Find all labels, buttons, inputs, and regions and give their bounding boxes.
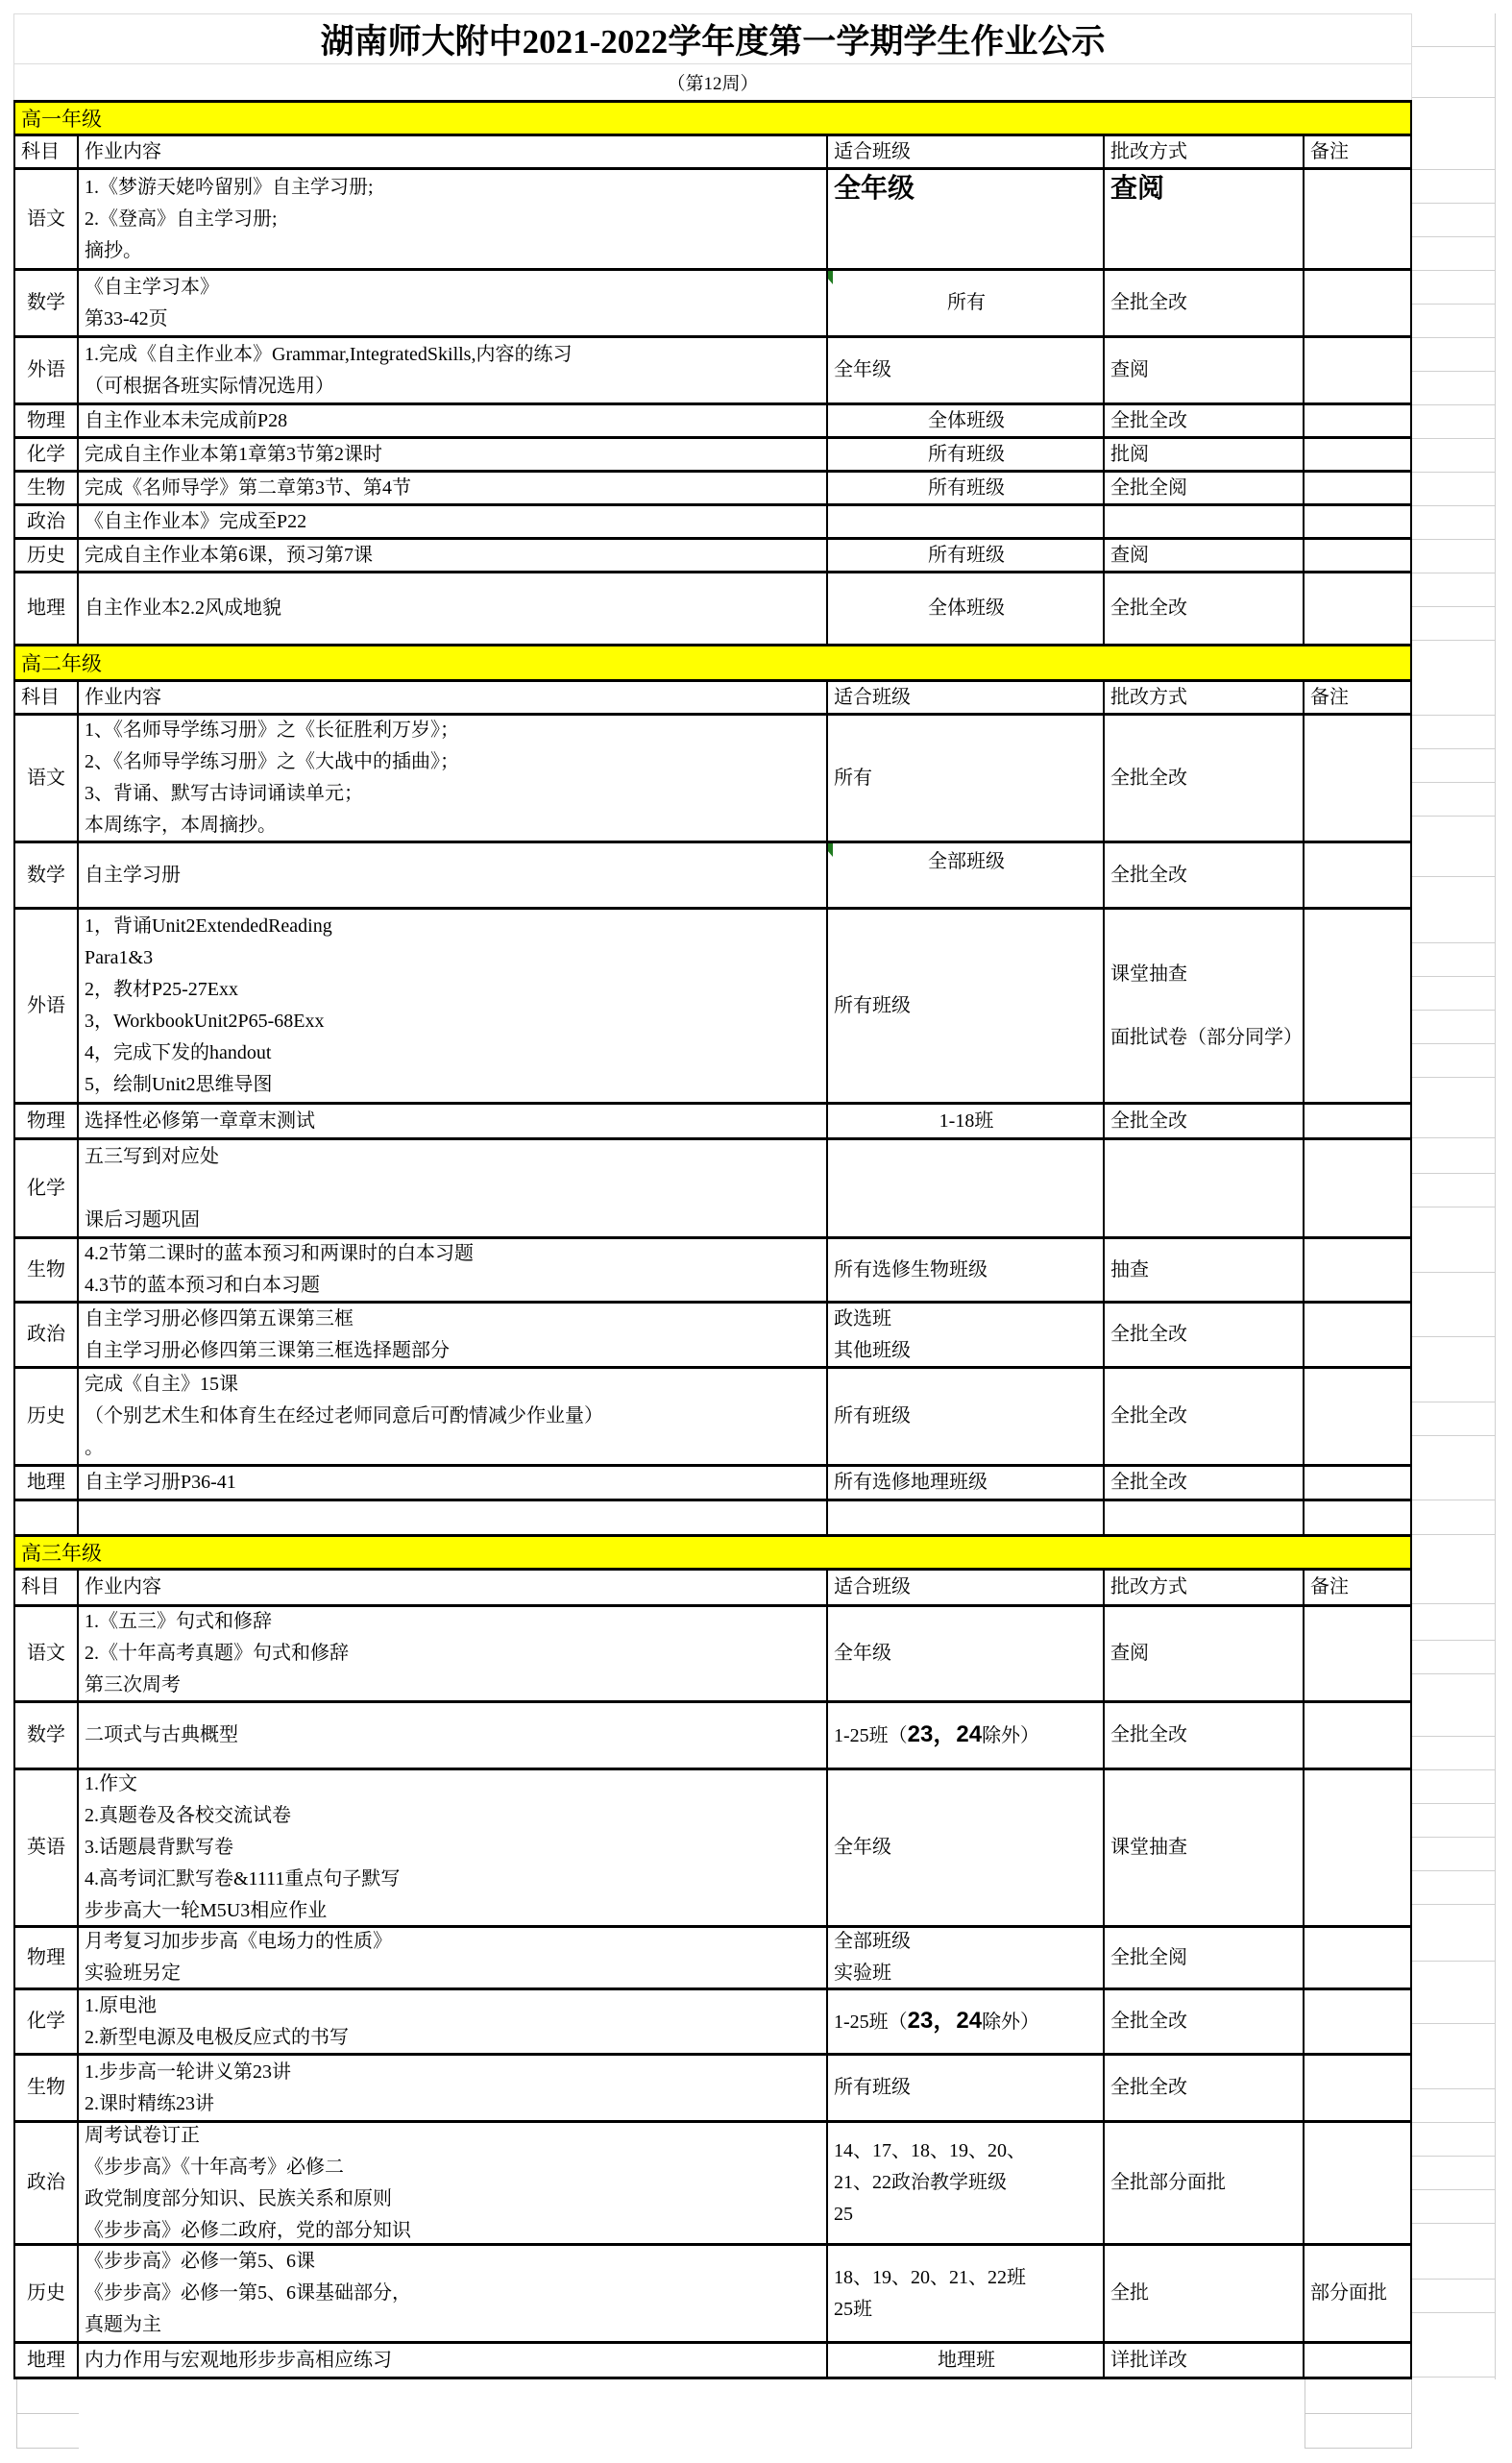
cell-text-line: 第三次周考 <box>85 1670 822 1701</box>
gutter-cell[interactable] <box>1412 1571 1496 1607</box>
table-row: 物理自主作业本未完成前P28全体班级全批全改 <box>13 405 1496 439</box>
method-cell[interactable]: 全批全改 <box>1105 716 1305 843</box>
note-cell[interactable] <box>1305 1990 1412 2056</box>
gutter-cell[interactable] <box>1412 540 1496 573</box>
cell-text: 14、17、18、19、20、21、22政治教学班级25 <box>834 2135 1099 2231</box>
cell-text-line: 其他班级 <box>834 1335 1099 1367</box>
table-row: 地理自主作业本2.2风成地貌全体班级全批全改 <box>13 573 1496 646</box>
content-cell[interactable]: 自主学习册P36-41 <box>79 1467 828 1501</box>
content-cell[interactable]: 完成自主作业本第6课，预习第7课 <box>79 540 828 573</box>
header-row: 科目作业内容适合班级批改方式备注 <box>13 682 1496 716</box>
method-cell[interactable]: 全批全改 <box>1105 405 1305 439</box>
note-cell[interactable] <box>1305 716 1412 843</box>
classes-cell[interactable]: 14、17、18、19、20、21、22政治教学班级25 <box>828 2123 1105 2246</box>
gutter-cell[interactable] <box>1412 1607 1496 1703</box>
cell-text-line: 所有班级 <box>834 1401 1099 1432</box>
cell-text-line: 2.《登高》自主学习册; <box>85 204 822 235</box>
content-cell[interactable]: 1，背诵Unit2ExtendedReadingPara1&32，教材P25-2… <box>79 910 828 1105</box>
gutter-cell[interactable] <box>1412 439 1496 473</box>
gutter-cell[interactable] <box>1412 271 1496 338</box>
cell-text-line: 自主学习册P36-41 <box>85 1467 822 1499</box>
gutter-cell[interactable] <box>1412 843 1496 910</box>
cell-text-line: 批阅 <box>1110 439 1299 471</box>
table-row: 历史完成自主作业本第6课，预习第7课所有班级查阅 <box>13 540 1496 573</box>
subject-cell[interactable]: 外语 <box>13 910 79 1105</box>
content-cell[interactable]: 1.作文2.真题卷及各校交流试卷3.话题晨背默写卷4.高考词汇默写卷&1111重… <box>79 1770 828 1928</box>
classes-cell[interactable]: 全部班级 <box>828 843 1105 910</box>
gutter-cell[interactable] <box>1412 13 1496 64</box>
cell-text: 所有选修地理班级 <box>834 1467 1099 1499</box>
content-cell[interactable]: 自主学习册 <box>79 843 828 910</box>
column-header-subject[interactable]: 科目 <box>13 1571 79 1607</box>
note-cell[interactable] <box>1305 1501 1412 1537</box>
method-cell[interactable]: 查阅 <box>1105 338 1305 405</box>
method-cell[interactable]: 全批部分面批 <box>1105 2123 1305 2246</box>
cell-text-line: 25班 <box>834 2294 1099 2326</box>
classes-cell[interactable]: 所有 <box>828 271 1105 338</box>
gutter-cell[interactable] <box>1412 1304 1496 1369</box>
content-cell[interactable]: 选择性必修第一章章末测试 <box>79 1105 828 1140</box>
cell-text-line: 所有班级 <box>834 540 1099 572</box>
cell-text: 政选班其他班级 <box>834 1304 1099 1367</box>
cell-text-line: 地理班 <box>834 2345 1099 2377</box>
cell-text-line: 1-25班（ <box>834 2012 908 2033</box>
column-header-content[interactable]: 作业内容 <box>79 682 828 716</box>
cell-text: 《自主作业本》完成至P22 <box>85 506 822 538</box>
gutter-cell[interactable] <box>1412 2123 1496 2246</box>
cell-text-line: 全批全阅 <box>1110 473 1299 504</box>
note-cell[interactable] <box>1305 473 1412 506</box>
table-row: 化学完成自主作业本第1章第3节第2课时所有班级批阅 <box>13 439 1496 473</box>
cell-text-line: 1-18班 <box>834 1106 1099 1137</box>
column-header-subject[interactable]: 科目 <box>13 136 79 170</box>
cell-text-line: 政党制度部分知识、民族关系和原则 <box>85 2183 822 2215</box>
cell-text-line: 1.步步高一轮讲义第23讲 <box>85 2057 822 2088</box>
cell-text-line <box>85 1173 822 1205</box>
gutter-cell[interactable] <box>1412 910 1496 1105</box>
classes-cell[interactable]: 全年级 <box>828 1770 1105 1928</box>
cell-text: 所有班级 <box>834 439 1099 471</box>
cell-text-line: 1.原电池 <box>85 1990 822 2022</box>
column-header-note[interactable]: 备注 <box>1305 1571 1412 1607</box>
note-cell[interactable] <box>1305 573 1412 646</box>
subject-cell[interactable]: 生物 <box>13 473 79 506</box>
section-banner[interactable]: 高三年级 <box>13 1537 1412 1571</box>
classes-cell[interactable]: 1-25班（23，24除外） <box>828 1990 1105 2056</box>
note-cell[interactable] <box>1305 2123 1412 2246</box>
column-header-classes[interactable]: 适合班级 <box>828 682 1105 716</box>
content-cell[interactable]: 1.原电池2.新型电源及电极反应式的书写 <box>79 1990 828 2056</box>
gutter-cell[interactable] <box>1412 1770 1496 1928</box>
cell-text-line: 1、《名师导学练习册》之《长征胜利万岁》； <box>85 716 822 746</box>
page-subtitle[interactable]: （第12周） <box>13 64 1412 100</box>
cell-text-line: 3、背诵、默写古诗词诵读单元； <box>85 778 822 810</box>
note-cell[interactable] <box>1305 170 1412 271</box>
subject-cell[interactable]: 政治 <box>13 1304 79 1369</box>
cell-text-line: 本周练字，本周摘抄。 <box>85 810 822 841</box>
classes-cell[interactable]: 政选班其他班级 <box>828 1304 1105 1369</box>
gutter-cell[interactable] <box>1412 1467 1496 1501</box>
cell-text-line: 所有班级 <box>834 473 1099 504</box>
method-cell[interactable]: 课堂抽查 面批试卷（部分同学） <box>1105 910 1305 1105</box>
table-row: 英语1.作文2.真题卷及各校交流试卷3.话题晨背默写卷4.高考词汇默写卷&111… <box>13 1770 1496 1928</box>
content-cell[interactable]: 内力作用与宏观地形步步高相应练习 <box>79 2344 828 2379</box>
cell-text: 课堂抽查 面批试卷（部分同学） <box>1110 959 1299 1054</box>
cell-text: 选择性必修第一章章末测试 <box>85 1106 822 1137</box>
gutter-cell[interactable] <box>1412 1105 1496 1140</box>
content-cell[interactable]: 五三写到对应处 课后习题巩固 <box>79 1140 828 1239</box>
cell-text: 所有 <box>834 287 1099 319</box>
note-cell[interactable] <box>1305 506 1412 540</box>
content-cell[interactable]: 《自主学习本》第33-42页 <box>79 271 828 338</box>
method-cell[interactable] <box>1105 1140 1305 1239</box>
gutter-cell[interactable] <box>1412 136 1496 170</box>
cell-text-line: 自主作业本2.2风成地貌 <box>85 593 822 624</box>
classes-cell[interactable]: 所有班级 <box>828 910 1105 1105</box>
method-cell[interactable]: 全批全改 <box>1105 843 1305 910</box>
cell-text: 全批全改 <box>1110 593 1299 624</box>
cell-text: 完成自主作业本第1章第3节第2课时 <box>85 439 822 471</box>
cell-text-line: 《步步高》必修一第5、6课基础部分， <box>85 2278 822 2309</box>
content-cell[interactable]: 自主作业本未完成前P28 <box>79 405 828 439</box>
method-cell[interactable]: 全批全改 <box>1105 1304 1305 1369</box>
cell-text: 1、《名师导学练习册》之《长征胜利万岁》；2、《名师导学练习册》之《大战中的插曲… <box>85 716 822 841</box>
content-cell[interactable]: 完成《名师导学》第二章第3节、第4节 <box>79 473 828 506</box>
note-cell[interactable] <box>1305 843 1412 910</box>
subject-cell[interactable]: 生物 <box>13 2056 79 2123</box>
bottom-grid-line <box>16 2413 79 2414</box>
method-cell[interactable]: 全批全改 <box>1105 1467 1305 1501</box>
method-cell[interactable]: 全批 <box>1105 2246 1305 2344</box>
cell-text: 全批全改 <box>1110 1467 1299 1499</box>
note-cell[interactable] <box>1305 540 1412 573</box>
note-cell[interactable] <box>1305 1928 1412 1990</box>
subject-cell[interactable]: 政治 <box>13 2123 79 2246</box>
subject-cell[interactable]: 化学 <box>13 1140 79 1239</box>
cell-text-line: 查阅 <box>1110 173 1299 206</box>
table-row: 数学《自主学习本》第33-42页所有全批全改 <box>13 271 1496 338</box>
section-banner[interactable]: 高二年级 <box>13 646 1412 682</box>
cell-text-line: 所有 <box>834 763 1099 794</box>
method-cell[interactable]: 全批全改 <box>1105 573 1305 646</box>
classes-cell[interactable]: 全年级 <box>828 1607 1105 1703</box>
gutter-cell[interactable] <box>1412 2246 1496 2344</box>
method-cell[interactable]: 查阅 <box>1105 1607 1305 1703</box>
subject-cell[interactable]: 政治 <box>13 506 79 540</box>
classes-cell[interactable]: 所有 <box>828 716 1105 843</box>
classes-cell[interactable] <box>828 506 1105 540</box>
subject-cell[interactable]: 语文 <box>13 1607 79 1703</box>
content-cell[interactable]: 《步步高》必修一第5、6课《步步高》必修一第5、6课基础部分，真题为主 <box>79 2246 828 2344</box>
column-header-classes[interactable]: 适合班级 <box>828 1571 1105 1607</box>
method-cell[interactable]: 全批全改 <box>1105 1703 1305 1770</box>
header-row: 科目作业内容适合班级批改方式备注 <box>13 1571 1496 1607</box>
cell-text-line: 摘抄。 <box>85 235 822 267</box>
column-header-content[interactable]: 作业内容 <box>79 136 828 170</box>
content-cell[interactable]: 完成自主作业本第1章第3节第2课时 <box>79 439 828 473</box>
subject-cell[interactable]: 生物 <box>13 1239 79 1304</box>
section-banner-row: 高三年级 <box>13 1537 1496 1571</box>
bottom-grid-line <box>1411 2379 1412 2449</box>
gutter-cell[interactable] <box>1412 338 1496 405</box>
cell-text-line: 《步步高》必修二政府，党的部分知识 <box>85 2215 822 2247</box>
cell-text: 所有班级 <box>834 1401 1099 1432</box>
subject-cell[interactable]: 语文 <box>13 170 79 271</box>
cell-text-line: 5，绘制Unit2思维导图 <box>85 1069 822 1101</box>
table-row: 生物1.步步高一轮讲义第23讲2.课时精练23讲所有班级全批全改 <box>13 2056 1496 2123</box>
gutter-cell[interactable] <box>1412 506 1496 540</box>
method-cell[interactable]: 全批全改 <box>1105 1990 1305 2056</box>
method-cell[interactable]: 抽查 <box>1105 1239 1305 1304</box>
cell-text-line: 。 <box>85 1432 822 1464</box>
note-cell[interactable] <box>1305 1105 1412 1140</box>
content-cell[interactable]: 二项式与古典概型 <box>79 1703 828 1770</box>
cell-text-line: 周考试卷订正 <box>85 2123 822 2152</box>
gutter-cell[interactable] <box>1412 1140 1496 1239</box>
content-cell[interactable]: 1.《五三》句式和修辞2.《十年高考真题》句式和修辞第三次周考 <box>79 1607 828 1703</box>
method-cell[interactable]: 课堂抽查 <box>1105 1770 1305 1928</box>
note-cell[interactable] <box>1305 2344 1412 2379</box>
note-cell[interactable] <box>1305 1140 1412 1239</box>
subject-cell[interactable]: 化学 <box>13 1990 79 2056</box>
cell-text-bold: 23，24 <box>908 1721 982 1747</box>
method-cell[interactable]: 全批全阅 <box>1105 473 1305 506</box>
subject-cell[interactable]: 历史 <box>13 1369 79 1467</box>
method-cell[interactable]: 全批全改 <box>1105 271 1305 338</box>
classes-cell[interactable] <box>828 1501 1105 1537</box>
column-header-content[interactable]: 作业内容 <box>79 1571 828 1607</box>
gutter-cell[interactable] <box>1412 573 1496 646</box>
gutter-cell[interactable] <box>1412 2344 1496 2379</box>
content-cell[interactable]: 月考复习加步步高《电场力的性质》实验班另定 <box>79 1928 828 1990</box>
classes-cell[interactable] <box>828 1140 1105 1239</box>
classes-cell[interactable]: 所有班级 <box>828 473 1105 506</box>
gutter-cell[interactable] <box>1412 1501 1496 1537</box>
method-cell[interactable]: 全批全改 <box>1105 1105 1305 1140</box>
cell-text-line: 全批全改 <box>1110 1719 1299 1751</box>
cell-text: 1.《五三》句式和修辞2.《十年高考真题》句式和修辞第三次周考 <box>85 1607 822 1701</box>
note-cell[interactable] <box>1305 1703 1412 1770</box>
page-title[interactable]: 湖南师大附中2021-2022学年度第一学期学生作业公示 <box>13 13 1412 64</box>
subject-cell[interactable]: 物理 <box>13 1928 79 1990</box>
cell-text: 自主作业本未完成前P28 <box>85 405 822 437</box>
cell-text: 全批全改 <box>1110 1106 1299 1137</box>
subject-cell[interactable]: 语文 <box>13 716 79 843</box>
table-row: 物理月考复习加步步高《电场力的性质》实验班另定全部班级实验班全批全阅 <box>13 1928 1496 1990</box>
note-cell[interactable] <box>1305 1304 1412 1369</box>
classes-cell[interactable]: 全年级 <box>828 170 1105 271</box>
content-cell[interactable]: 4.2节第二课时的蓝本预习和两课时的白本习题4.3节的蓝本预习和白本习题 <box>79 1239 828 1304</box>
cell-text: 全部班级实验班 <box>834 1928 1099 1989</box>
subject-cell[interactable]: 数学 <box>13 843 79 910</box>
cell-text: 自主学习册必修四第五课第三框自主学习册必修四第三课第三框选择题部分 <box>85 1304 822 1367</box>
method-cell[interactable]: 全批全阅 <box>1105 1928 1305 1990</box>
cell-text: 全年级 <box>834 1638 1099 1670</box>
note-cell[interactable] <box>1305 2056 1412 2123</box>
section-banner[interactable]: 高一年级 <box>13 100 1412 136</box>
note-cell[interactable] <box>1305 910 1412 1105</box>
content-cell[interactable]: 1.步步高一轮讲义第23讲2.课时精练23讲 <box>79 2056 828 2123</box>
classes-cell[interactable]: 所有选修生物班级 <box>828 1239 1105 1304</box>
method-cell[interactable] <box>1105 1501 1305 1537</box>
cell-text: 全批全改 <box>1110 287 1299 319</box>
cell-text-line: 查阅 <box>1110 540 1299 572</box>
content-cell[interactable]: 自主作业本2.2风成地貌 <box>79 573 828 646</box>
cell-text: 周考试卷订正《步步高》《十年高考》必修二政党制度部分知识、民族关系和原则《步步高… <box>85 2123 822 2246</box>
note-cell[interactable] <box>1305 439 1412 473</box>
cell-text: 内力作用与宏观地形步步高相应练习 <box>85 2345 822 2377</box>
gutter-cell[interactable] <box>1412 1239 1496 1304</box>
column-header-note[interactable]: 备注 <box>1305 682 1412 716</box>
method-cell[interactable]: 批阅 <box>1105 439 1305 473</box>
cell-text: 1.原电池2.新型电源及电极反应式的书写 <box>85 1990 822 2054</box>
column-header-subject[interactable]: 科目 <box>13 682 79 716</box>
note-cell[interactable] <box>1305 405 1412 439</box>
column-header-note[interactable]: 备注 <box>1305 136 1412 170</box>
classes-cell[interactable]: 全部班级实验班 <box>828 1928 1105 1990</box>
table-row: 语文1.《梦游天姥吟留别》自主学习册;2.《登高》自主学习册;摘抄。全年级查阅 <box>13 170 1496 271</box>
table-row: 语文1、《名师导学练习册》之《长征胜利万岁》；2、《名师导学练习册》之《大战中的… <box>13 716 1496 843</box>
classes-cell[interactable]: 1-18班 <box>828 1105 1105 1140</box>
table-row: 政治周考试卷订正《步步高》《十年高考》必修二政党制度部分知识、民族关系和原则《步… <box>13 2123 1496 2246</box>
column-header-method[interactable]: 批改方式 <box>1105 136 1305 170</box>
method-cell[interactable]: 查阅 <box>1105 540 1305 573</box>
note-cell[interactable] <box>1305 271 1412 338</box>
cell-text: 1.步步高一轮讲义第23讲2.课时精练23讲 <box>85 2057 822 2120</box>
method-cell[interactable] <box>1105 506 1305 540</box>
cell-text: 查阅 <box>1110 540 1299 572</box>
gutter-cell[interactable] <box>1412 170 1496 271</box>
gutter-cell[interactable] <box>1412 1928 1496 1990</box>
cell-text-line: 全批 <box>1110 2278 1299 2309</box>
classes-cell[interactable]: 地理班 <box>828 2344 1105 2379</box>
subject-cell[interactable]: 英语 <box>13 1770 79 1928</box>
subject-cell[interactable]: 化学 <box>13 439 79 473</box>
note-cell[interactable] <box>1305 1369 1412 1467</box>
cell-text: 全批全改 <box>1110 1719 1299 1751</box>
subject-cell[interactable]: 数学 <box>13 1703 79 1770</box>
column-header-method[interactable]: 批改方式 <box>1105 682 1305 716</box>
note-cell[interactable]: 部分面批 <box>1305 2246 1412 2344</box>
content-cell[interactable]: 《自主作业本》完成至P22 <box>79 506 828 540</box>
subject-cell[interactable]: 历史 <box>13 2246 79 2344</box>
column-header-method[interactable]: 批改方式 <box>1105 1571 1305 1607</box>
cell-text: 月考复习加步步高《电场力的性质》实验班另定 <box>85 1928 822 1989</box>
cell-text-line: 4，完成下发的handout <box>85 1037 822 1069</box>
cell-text-line: 完成自主作业本第1章第3节第2课时 <box>85 439 822 471</box>
subject-cell[interactable] <box>13 1501 79 1537</box>
gutter-cell[interactable] <box>1412 1537 1496 1571</box>
cell-text-line: 全体班级 <box>834 405 1099 437</box>
cell-text-line: 全批全改 <box>1110 2006 1299 2037</box>
content-cell[interactable] <box>79 1501 828 1537</box>
gutter-cell[interactable] <box>1412 1703 1496 1770</box>
note-cell[interactable] <box>1305 1607 1412 1703</box>
method-cell[interactable]: 查阅 <box>1105 170 1305 271</box>
gutter-cell[interactable] <box>1412 100 1496 136</box>
cell-text-line: 所有 <box>834 287 1099 319</box>
cell-text-line: 全批全改 <box>1110 860 1299 891</box>
subject-cell[interactable]: 数学 <box>13 271 79 338</box>
gutter-cell[interactable] <box>1412 682 1496 716</box>
content-cell[interactable]: 1、《名师导学练习册》之《长征胜利万岁》；2、《名师导学练习册》之《大战中的插曲… <box>79 716 828 843</box>
subject-cell[interactable]: 地理 <box>13 573 79 646</box>
gutter-cell[interactable] <box>1412 2056 1496 2123</box>
content-cell[interactable]: 完成《自主》15课（个别艺术生和体育生在经过老师同意后可酌情减少作业量）。 <box>79 1369 828 1467</box>
cell-text-line: 课堂抽查 <box>1110 959 1299 990</box>
gutter-cell[interactable] <box>1412 716 1496 843</box>
classes-cell[interactable]: 所有班级 <box>828 439 1105 473</box>
classes-cell[interactable]: 所有班级 <box>828 540 1105 573</box>
gutter-cell[interactable] <box>1412 405 1496 439</box>
cell-text-line: 全批全改 <box>1110 287 1299 319</box>
classes-cell[interactable]: 全体班级 <box>828 573 1105 646</box>
gutter-cell[interactable] <box>1412 1990 1496 2056</box>
cell-text-line: 五三写到对应处 <box>85 1141 822 1173</box>
classes-cell[interactable]: 18、19、20、21、22班25班 <box>828 2246 1105 2344</box>
content-cell[interactable]: 1.《梦游天姥吟留别》自主学习册;2.《登高》自主学习册;摘抄。 <box>79 170 828 271</box>
cell-text: 自主学习册 <box>85 860 822 891</box>
table-row: 生物完成《名师导学》第二章第3节、第4节所有班级全批全阅 <box>13 473 1496 506</box>
subject-cell[interactable]: 地理 <box>13 2344 79 2379</box>
cell-text-line: 《步步高》必修一第5、6课 <box>85 2246 822 2278</box>
cell-text-line: 3，WorkbookUnit2P65-68Exx <box>85 1006 822 1037</box>
gutter-cell[interactable] <box>1412 473 1496 506</box>
gutter-cell[interactable] <box>1412 64 1496 100</box>
table-row: 数学二项式与古典概型1-25班（23，24除外）全批全改 <box>13 1703 1496 1770</box>
cell-text-line: 全批全改 <box>1110 2072 1299 2104</box>
method-cell[interactable]: 全批全改 <box>1105 1369 1305 1467</box>
classes-cell[interactable]: 所有班级 <box>828 1369 1105 1467</box>
classes-cell[interactable]: 所有选修地理班级 <box>828 1467 1105 1501</box>
column-header-classes[interactable]: 适合班级 <box>828 136 1105 170</box>
cell-text-line: （可根据各班实际情况选用） <box>85 371 822 402</box>
classes-cell[interactable]: 全体班级 <box>828 405 1105 439</box>
cell-text: 全年级 <box>834 1832 1099 1864</box>
subject-cell[interactable]: 外语 <box>13 338 79 405</box>
bottom-grid-line <box>1305 2413 1412 2414</box>
classes-cell[interactable]: 全年级 <box>828 338 1105 405</box>
method-cell[interactable]: 全批全改 <box>1105 2056 1305 2123</box>
gutter-cell[interactable] <box>1412 1369 1496 1467</box>
subject-cell[interactable]: 地理 <box>13 1467 79 1501</box>
subject-cell[interactable]: 物理 <box>13 405 79 439</box>
table-row: 语文1.《五三》句式和修辞2.《十年高考真题》句式和修辞第三次周考全年级查阅 <box>13 1607 1496 1703</box>
note-cell[interactable] <box>1305 1467 1412 1501</box>
subject-cell[interactable]: 物理 <box>13 1105 79 1140</box>
table-row: 历史完成《自主》15课（个别艺术生和体育生在经过老师同意后可酌情减少作业量）。所… <box>13 1369 1496 1467</box>
table-row: 历史《步步高》必修一第5、6课《步步高》必修一第5、6课基础部分，真题为主18、… <box>13 2246 1496 2344</box>
cell-text: 1.《梦游天姥吟留别》自主学习册;2.《登高》自主学习册;摘抄。 <box>85 172 822 267</box>
cell-text: 所有选修生物班级 <box>834 1255 1099 1286</box>
classes-cell[interactable]: 所有班级 <box>828 2056 1105 2123</box>
classes-cell[interactable]: 1-25班（23，24除外） <box>828 1703 1105 1770</box>
cell-text: 完成《名师导学》第二章第3节、第4节 <box>85 473 822 504</box>
cell-text: 全年级 <box>834 173 1099 206</box>
note-cell[interactable] <box>1305 338 1412 405</box>
content-cell[interactable]: 周考试卷订正《步步高》《十年高考》必修二政党制度部分知识、民族关系和原则《步步高… <box>79 2123 828 2246</box>
bottom-grid-line <box>1305 2448 1412 2449</box>
content-cell[interactable]: 1.完成《自主作业本》Grammar,IntegratedSkills,内容的练… <box>79 338 828 405</box>
note-cell[interactable] <box>1305 1239 1412 1304</box>
content-cell[interactable]: 自主学习册必修四第五课第三框自主学习册必修四第三课第三框选择题部分 <box>79 1304 828 1369</box>
cell-text: 全部班级 <box>834 846 1099 878</box>
subject-cell[interactable]: 历史 <box>13 540 79 573</box>
table-row: 化学1.原电池2.新型电源及电极反应式的书写1-25班（23，24除外）全批全改 <box>13 1990 1496 2056</box>
gutter-cell[interactable] <box>1412 646 1496 682</box>
method-cell[interactable]: 详批详改 <box>1105 2344 1305 2379</box>
note-cell[interactable] <box>1305 1770 1412 1928</box>
